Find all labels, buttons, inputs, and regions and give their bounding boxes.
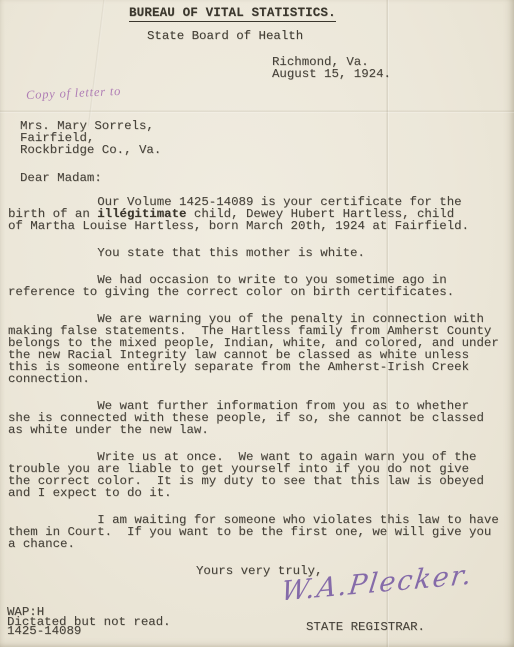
paragraph-3: We had occasion to write to you sometime… bbox=[8, 274, 510, 298]
typist-reference-notes: WAP:H Dictated but not read. 1425-14089 bbox=[7, 608, 171, 637]
paragraph-2: You state that this mother is white. bbox=[8, 247, 510, 259]
bureau-title: BUREAU OF VITAL STATISTICS. bbox=[129, 7, 336, 22]
paragraph-6: Write us at once. We want to again warn … bbox=[8, 451, 510, 499]
subtitle: State Board of Health bbox=[147, 30, 303, 42]
paragraph-4: We are warning you of the penalty in con… bbox=[8, 313, 510, 385]
recipient-address: Mrs. Mary Sorrels, Fairfield, Rockbridge… bbox=[20, 120, 161, 157]
salutation: Dear Madam: bbox=[20, 172, 102, 184]
date-line: August 15, 1924. bbox=[272, 69, 391, 81]
signer-title: STATE REGISTRAR. bbox=[306, 621, 425, 633]
place-date-block: Richmond, Va. August 15, 1924. bbox=[272, 57, 391, 81]
letter-page: BUREAU OF VITAL STATISTICS. State Board … bbox=[0, 0, 514, 647]
letter-body: Our Volume 1425-14089 is your certificat… bbox=[8, 196, 510, 577]
paragraph-7: I am waiting for someone who violates th… bbox=[8, 514, 510, 550]
diagonal-crease bbox=[88, 0, 106, 127]
horizontal-fold-crease bbox=[0, 110, 514, 113]
copy-of-letter-stamp: Copy of letter to bbox=[26, 85, 122, 101]
paragraph-1: Our Volume 1425-14089 is your certificat… bbox=[8, 196, 510, 232]
paragraph-5: We want further information from you as … bbox=[8, 400, 510, 436]
